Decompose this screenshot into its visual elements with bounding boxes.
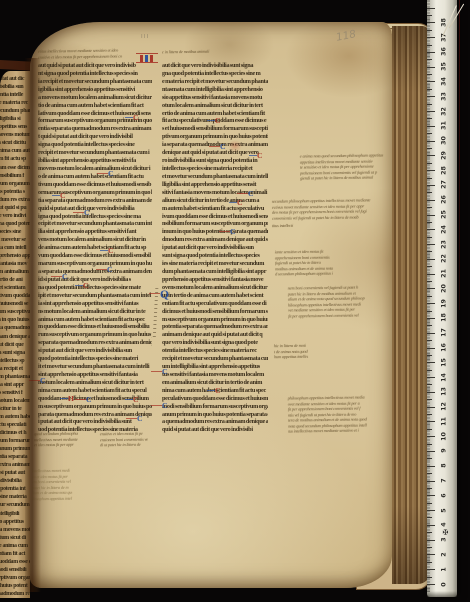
- text-line: nsibilium formarum susceptivum organum p…: [162, 220, 268, 228]
- ruler-tick: [427, 318, 435, 319]
- text-line: dmodum res extra animam denique aut quid…: [162, 236, 268, 244]
- text-line: ns motum localem animalium sicut dicitur…: [38, 308, 152, 316]
- text-line: m susceptivum organum primum in quo huiu…: [162, 316, 268, 324]
- paraph-initial: C: [60, 192, 65, 199]
- ruler-tick: [427, 178, 432, 179]
- text-line: anima cum autem habet scientiam fit actu…: [38, 316, 152, 324]
- ruler-number: 21: [440, 267, 449, 281]
- fore-edge-page-stack: [392, 26, 430, 584]
- ruler-tick: [427, 30, 432, 31]
- text-line: ovens motum localem animalium sicut dici…: [162, 284, 268, 292]
- facing-page-text-line: motum localem: [0, 397, 26, 405]
- ruler-tick: [427, 59, 432, 60]
- margin-note: philosophum appetitus intellectivus move…: [288, 394, 373, 434]
- text-line: tio de anima cum autem habet scientiam f…: [38, 102, 152, 110]
- margin-note-line: hum appetitus intellec: [274, 354, 308, 360]
- facing-page-text-line: t huiusmodi se: [0, 300, 26, 308]
- ruler-tick: [427, 133, 432, 134]
- ruler-tick: [427, 547, 432, 548]
- text-line: tia separata quemadmodum res extra anima…: [38, 197, 152, 205]
- ruler-number: 24: [440, 222, 449, 236]
- red-edge-line: [459, 0, 461, 310]
- facing-page-text-line: us sensitivi f: [0, 389, 26, 397]
- text-line: aut quid si putat aut dicit que vero ind…: [38, 62, 152, 70]
- ruler-tick: [427, 458, 432, 459]
- ruler-number: 1: [440, 562, 449, 576]
- facing-page-text-line: aut quid si pu: [0, 204, 26, 212]
- ruler-number: 26: [440, 193, 449, 207]
- ruler-end-shadow: [427, 591, 457, 597]
- margin-note: iante sensitivo et ideo motus fit appreh…: [275, 249, 333, 278]
- text-line: quod potentia intellectus species sine m…: [38, 355, 152, 363]
- ruler-number: 23: [440, 237, 449, 251]
- paraph-initial: C: [162, 402, 167, 409]
- text-line: t quid si putat aut dicit que vero indiv…: [38, 133, 152, 141]
- facing-page-text-line: ius potentia s: [0, 188, 26, 196]
- ruler-tick: [427, 421, 435, 422]
- facing-page-text-line: gna quod poten: [0, 220, 26, 228]
- margin-note-line: di ut patet hic in littera de: [100, 442, 148, 448]
- text-line: vum quoddam esse dicimus et huiusmodi se…: [38, 252, 152, 260]
- ruler-tick: [427, 288, 435, 289]
- facing-page-text-line: sensibilium f: [0, 172, 26, 180]
- ruler-tick: [427, 89, 432, 90]
- ruler-tick: [427, 52, 435, 53]
- text-line: i putat aut dicit que vero indivisibilia…: [162, 244, 268, 252]
- ruler-tick: [427, 81, 435, 82]
- ruler-tick: [427, 384, 432, 385]
- ruler-tick: [427, 510, 435, 511]
- ruler-number: 10: [440, 429, 449, 443]
- ruler-number: 18: [440, 311, 449, 325]
- facing-page-text-line: bet scientiam: [0, 284, 26, 292]
- margin-note: ensitivo et ideo motus fit peensionem bo…: [100, 431, 148, 448]
- text-line: otentia intellectus species sine materia…: [162, 347, 268, 355]
- facing-page-text-line: um phantasmata: [0, 373, 26, 381]
- ruler-number: 35: [440, 60, 449, 74]
- ruler-tick: [427, 495, 435, 496]
- ruler-tick: [427, 333, 435, 334]
- ruler-number: 27: [440, 178, 449, 192]
- ruler-tick: [427, 481, 435, 482]
- ruler-tick: [427, 444, 432, 445]
- ruler-tick: [427, 525, 435, 526]
- ruler-number: 2: [440, 547, 449, 561]
- margin-note-line: convenientis vel fugiendi ut patet hic i…: [272, 214, 380, 221]
- ruler-tick: [427, 67, 435, 68]
- facing-page-text-line: d potentia int: [0, 485, 26, 493]
- facing-page-text-line: s sine materia: [0, 493, 26, 501]
- ruler-tick: [427, 8, 435, 9]
- facing-page-text-line: actu speculati: [0, 421, 26, 429]
- paraph-initial: C: [230, 228, 235, 235]
- paraph-initial: C: [84, 209, 89, 216]
- ruler-tick: [427, 392, 435, 393]
- ruler-tick: [427, 126, 435, 127]
- facing-page-text-line: ne materia rec: [0, 99, 26, 107]
- text-line: imum in quo huius potentia separata quem…: [162, 228, 268, 236]
- ruler-number: 19: [440, 296, 449, 310]
- facing-page-text-line: tentia intelle: [0, 91, 26, 99]
- facing-page-text-line: ue vero indivi: [0, 212, 26, 220]
- facing-page-text-line: dam esse dicim: [0, 164, 26, 172]
- ruler-number: 17: [440, 326, 449, 340]
- facing-page-text-line: aut dicit que: [0, 341, 26, 349]
- ruler-tick: [427, 259, 435, 260]
- ruler-tick: [427, 148, 432, 149]
- margin-note: etitus intellectivus movet mediante sens…: [38, 47, 134, 59]
- ruler-tick: [427, 37, 435, 38]
- ruler-tick: [427, 311, 432, 312]
- facing-page-text-line: e dicimus et h: [0, 429, 26, 437]
- paraph-initial: C: [108, 170, 113, 177]
- ruler-maker-mark-icon: ✠: [442, 529, 450, 535]
- ruler-tick: [427, 325, 432, 326]
- facing-page-text-line: ilium formarum: [0, 437, 26, 445]
- ruler-number: 32: [440, 104, 449, 118]
- facing-page-text-line: etur secundum: [0, 501, 26, 509]
- margin-note-line: giendi ut patet hic in littera de motibu…: [300, 175, 386, 182]
- facing-page-text-line: et movetur se: [0, 236, 26, 244]
- ruler-tick: [427, 473, 432, 474]
- ruler-tick: [427, 303, 435, 304]
- text-line: nima cum autem habet scientiam fit actu …: [38, 387, 152, 395]
- ruler-tick: [427, 141, 435, 142]
- facing-page-text-line: ata cum intell: [0, 244, 26, 252]
- facing-page-text-line: ivum organum p: [0, 180, 26, 188]
- facing-page-text-line: de anima cum: [0, 542, 26, 550]
- text-line: ibilia sint apprehensio appetitus sensit…: [38, 157, 152, 165]
- ruler-number: 34: [440, 74, 449, 88]
- facing-page-text-line: intellectus sp: [0, 357, 26, 365]
- text-line: sunt signa quod potentia intellectus spe…: [162, 252, 268, 260]
- text-line: intellectus species sine materia recipit…: [162, 165, 268, 173]
- ruler-number: 36: [440, 45, 449, 59]
- ruler-tick: [427, 429, 432, 430]
- facing-page-text-line: intelligibili: [0, 510, 26, 518]
- text-line: peculativum quoddam esse dicimus et huiu…: [162, 395, 268, 403]
- ruler-tick: [427, 22, 435, 23]
- quire-ornament-bar: [145, 55, 148, 62]
- text-line: motum localem animalium sicut dicitur in…: [38, 379, 152, 387]
- text-line: recipit et movetur secundum phantasmata …: [162, 355, 268, 363]
- text-line: a movens motum localem animalium sicut d…: [38, 94, 152, 102]
- text-line: a separata quemadmodum res extra animam …: [38, 268, 152, 276]
- text-line: que vero indivisibilia sunt signa quod p…: [162, 339, 268, 347]
- ruler-tick: [427, 207, 432, 208]
- facing-page-text-line: am fit actu sp: [0, 155, 26, 163]
- facing-page-text-line: odum res extra: [0, 196, 26, 204]
- paraph-initial: C: [162, 368, 167, 375]
- manuscript-page: III 118 aut quid si putat aut dicit que …: [30, 22, 392, 588]
- red-ink-offset-stain: [228, 140, 242, 152]
- facing-page-text-line: species sine: [0, 228, 26, 236]
- ruler-tick: [427, 96, 435, 97]
- facing-page-text-line: em animalium s: [0, 268, 26, 276]
- ruler-tick: [427, 377, 435, 378]
- paraph-initial: H: [68, 395, 74, 402]
- ruler-tick: [427, 155, 435, 156]
- text-line: ipit et movetur secundum phantasmata cum…: [38, 292, 152, 300]
- ruler-tick: [427, 15, 432, 16]
- facing-page-text-line: modi sensibili: [0, 566, 26, 574]
- gutter-shadow: [25, 58, 41, 592]
- text-line: potentia separata quemadmodum res extra …: [162, 323, 268, 331]
- text-line: dum phantasmata cum intelligibilia sint …: [162, 268, 268, 276]
- facing-page-text-line: quoddam esse d: [0, 558, 26, 566]
- ruler-number: 16: [440, 341, 449, 355]
- ruler-tick: [427, 229, 435, 230]
- ruler-number: 25: [440, 208, 449, 222]
- ruler-tick: [427, 274, 435, 275]
- text-line: nt signa quod potentia intellectus speci…: [38, 70, 152, 78]
- margin-note: hic in littera de motit de anima nota qu…: [274, 343, 308, 360]
- ruler-number: 31: [440, 119, 449, 133]
- text-line: m quoddam esse dicimus et huiusmodi sens…: [38, 323, 152, 331]
- facing-page-text-line: rum susceptivu: [0, 308, 26, 316]
- text-line: recipit et movetur secundum phantasmata …: [38, 149, 152, 157]
- ruler-tick: [427, 74, 432, 75]
- ruler-tick: [427, 251, 432, 252]
- facing-page-text-line: sio appetitus: [0, 518, 26, 526]
- facing-page-text-line: anima cum aute: [0, 147, 26, 155]
- facing-page-text-line: tertio de ani: [0, 276, 26, 284]
- ruler-number: 29: [440, 148, 449, 162]
- ruler-tick: [427, 577, 432, 578]
- text-line: gna quod potentia intellectus species si…: [162, 70, 268, 78]
- ruler-tick: [427, 118, 432, 119]
- ruler-tick: [427, 192, 432, 193]
- ruler-tick: [427, 399, 432, 400]
- paraph-initial: C: [215, 117, 220, 124]
- text-line: a quemadmodum res extra animam denique a…: [162, 418, 268, 426]
- text-line: otum localem animalium sicut dicitur in …: [162, 102, 268, 110]
- ruler-tick: [427, 554, 435, 555]
- text-line: et movetur secundum phantasmata cum inte…: [162, 173, 268, 181]
- facing-page-text-line: secundum phan: [0, 107, 26, 115]
- ruler-tick: [427, 436, 435, 437]
- text-line: signa quod potentia intellectus species …: [38, 141, 152, 149]
- ruler-tick: [427, 562, 432, 563]
- facing-page-text-line: m in quo huius: [0, 316, 26, 324]
- paraph-initial: C: [220, 143, 225, 150]
- facing-page-text-line: alium sicut di: [0, 534, 26, 542]
- text-line: dicimus et huiusmodi sensibilium formaru…: [162, 308, 268, 316]
- text-line: na quod potentia intellectus species sin…: [38, 284, 152, 292]
- facing-page-text-line: ganum primum i: [0, 445, 26, 453]
- facing-page-text-line: d si putat aut: [0, 469, 26, 477]
- text-line: ilia sint apprehensio appetitus sensitiv…: [38, 228, 152, 236]
- text-line: tus sensitivi fantasia movens motum loca…: [162, 371, 268, 379]
- text-line: it et movetur secundum phantasmata cum i…: [38, 363, 152, 371]
- margin-note-line: titus intellecti: [272, 223, 294, 229]
- margin-note-line: fit per apprehensionem boni convenientis…: [288, 312, 368, 319]
- facing-page-text-line: entia separata: [0, 453, 26, 461]
- facing-page-text-line: m sicut dicitu: [0, 139, 26, 147]
- paraph-initial: C: [133, 114, 138, 121]
- paraph-initial: C: [107, 266, 112, 273]
- facing-page-text-line: i fantasia mov: [0, 260, 26, 268]
- ruler: 0123456789101112131415161718192021222324…: [427, 0, 457, 597]
- margin-note-line: d secundum philosophum appetitus i: [275, 271, 333, 277]
- ruler-tick: [427, 488, 432, 489]
- ruler-tick: [427, 540, 435, 541]
- paraph-initial: Q: [160, 290, 169, 300]
- text-line: ur in tertio de anima cum autem habet sc…: [162, 292, 268, 300]
- ruler-tick: [427, 532, 432, 533]
- ruler-number: 13: [440, 385, 449, 399]
- text-line: ivum quoddam esse dicimus et huiusmodi s…: [162, 213, 268, 221]
- intercolumn-flourish: [153, 288, 159, 340]
- ruler-tick: [427, 584, 435, 585]
- ruler-tick: [427, 281, 432, 282]
- facing-page-text-line: s extra animam: [0, 461, 26, 469]
- text-line: m autem habet scientiam fit actu specula…: [162, 205, 268, 213]
- text-line: i putat aut dicit que vero indivisibilia…: [38, 418, 152, 426]
- text-line: sint apprehensio appetitus sensitivi fan…: [38, 371, 152, 379]
- ruler-tick: [427, 503, 432, 504]
- ruler-tick: [427, 237, 432, 238]
- text-line: modi sensibilium formarum susceptivum or…: [162, 403, 268, 411]
- ruler-tick: [427, 111, 435, 112]
- facing-page-text-line: ilia sint appr: [0, 381, 26, 389]
- text-line: igna quod potentia intellectus species s…: [38, 213, 152, 221]
- paraph-initial: C: [257, 152, 262, 159]
- ruler-tick: [427, 451, 435, 452]
- text-line: um intelligibilia sint apprehensio appet…: [162, 363, 268, 371]
- ruler-number: 15: [440, 355, 449, 369]
- paraph-initial: C: [237, 199, 242, 206]
- text-line: ia separata quemadmodum res extra animam…: [162, 141, 268, 149]
- text-line: igibilia sint apprehensio appetitus sens…: [38, 86, 152, 94]
- ruler-number: 5: [440, 503, 449, 517]
- ruler-number: 14: [440, 370, 449, 384]
- manuscript-photo: putat aut dicivisibilia suntentia intell…: [0, 0, 470, 602]
- ruler-number: 0: [440, 577, 449, 591]
- text-line: ies sine materia recipit et movetur secu…: [162, 260, 268, 268]
- text-line: ntasmata cum intelligibilia sint apprehe…: [162, 86, 268, 94]
- text-line: animam denique aut quid si putat aut dic…: [162, 331, 268, 339]
- ruler-tick: [427, 163, 432, 164]
- text-line: de anima cum autem habet scientiam fit a…: [38, 244, 152, 252]
- facing-page-text-line: ivisibilia sun: [0, 83, 26, 91]
- text-line: ro indivisibilia sunt signa quod potenti…: [162, 157, 268, 165]
- ruler-tick: [427, 517, 432, 518]
- ruler-tick: [427, 407, 435, 408]
- quire-ornament-bar: [150, 55, 153, 62]
- facing-page-text-line: madmodum res e: [0, 590, 26, 598]
- ruler-number: 30: [440, 134, 449, 148]
- margin-note-line: ensitivo et ideo motus fit per apprehens…: [38, 53, 134, 60]
- text-line: lligibilia sint apprehensio appetitus se…: [162, 181, 268, 189]
- facing-page-text-line: sia movens mot: [0, 526, 26, 534]
- margin-note: c in littera de motibus animali: [162, 49, 214, 55]
- text-line: marum susceptivum organum primum in quo …: [38, 260, 152, 268]
- paraph-initial: C: [86, 396, 91, 403]
- ruler-tick: [427, 414, 432, 415]
- text-line: ecipit et movetur secundum phantasmata c…: [38, 220, 152, 228]
- text-line: entiam fit actu speculativum quoddam ess…: [162, 300, 268, 308]
- facing-page-text-line: putat aut dic: [0, 75, 26, 83]
- facing-page-text-line: ria recipit et: [0, 365, 26, 373]
- facing-page-text-line: pprehensio app: [0, 252, 26, 260]
- ruler-tick: [427, 340, 432, 341]
- ruler-tick: [427, 215, 435, 216]
- paraph-initial: C: [83, 282, 88, 289]
- ruler-tick: [427, 222, 432, 223]
- ruler-tick: [427, 370, 432, 371]
- margin-note: e anima nota quod secundum philosophum a…: [300, 152, 386, 181]
- paraph-initial: C: [62, 273, 67, 280]
- facing-page-text-line: lia sunt signa: [0, 349, 26, 357]
- paraph-initial: C: [108, 247, 113, 254]
- text-line: aut dicit que vero indivisibilia sunt si…: [162, 62, 268, 70]
- ruler-number: 11: [440, 414, 449, 428]
- facing-page-text-line: mam denique au: [0, 333, 26, 341]
- quire-ornament-bar: [140, 55, 143, 62]
- ruler-tick: [427, 185, 435, 186]
- ruler-tick: [427, 362, 435, 363]
- facing-page-text-line: um autem habet: [0, 413, 26, 421]
- ruler-number: 12: [440, 400, 449, 414]
- ruler-number: 33: [440, 89, 449, 103]
- margin-note: titus intellecti: [272, 223, 294, 229]
- ruler-number: 9: [440, 444, 449, 458]
- facing-page-text-line: elligibilia si: [0, 115, 26, 123]
- facing-page-text-line: ata quemadmodu: [0, 324, 26, 332]
- text-line: ia recipit et movetur secundum phantasma…: [38, 78, 152, 86]
- ruler-tick: [427, 170, 435, 171]
- ruler-number: 8: [440, 459, 449, 473]
- ruler-tick: [427, 244, 435, 245]
- text-line: tivum quoddam esse dicimus et huiusmodi …: [38, 181, 152, 189]
- text-line: quid si putat aut dicit que vero indivis…: [38, 205, 152, 213]
- ruler-number: 28: [440, 163, 449, 177]
- text-line: quid si putat aut dicit que vero indivis…: [162, 426, 268, 434]
- ruler-tick: [427, 200, 435, 201]
- ruler-tick: [427, 348, 435, 349]
- ruler-number: 6: [440, 488, 449, 502]
- margin-note: nem boni convenientis vel fugiendi ut pa…: [288, 284, 368, 318]
- folio-number-pencil: 118: [335, 28, 357, 44]
- facing-page-text-line: ceptivum organ: [0, 574, 26, 582]
- text-line: anum primum in quo huius potentia separa…: [162, 411, 268, 419]
- text-line: pprehensio appetitus sensitivi fantasia …: [162, 276, 268, 284]
- ruler-number: 22: [440, 252, 449, 266]
- ruler-tick: [427, 104, 432, 105]
- margin-note: secundum philosophum appetitus intellect…: [272, 197, 380, 221]
- ruler-tick: [427, 466, 435, 467]
- paraph-initial: C: [248, 190, 253, 197]
- text-line: vens motum localem animalium sicut dicit…: [38, 236, 152, 244]
- facing-page-text-line: entiam fit act: [0, 550, 26, 558]
- margin-note-line: c in littera de motibus animali: [162, 49, 214, 55]
- facing-page-text-line: movens motum l: [0, 131, 26, 139]
- ruler-tick: [427, 355, 432, 356]
- ruler-number: 7: [440, 474, 449, 488]
- facing-page-text-line: ativum quoddam: [0, 292, 26, 300]
- text-line: ia sint apprehensio appetitus sensitivi …: [38, 300, 152, 308]
- facing-page-text-line: dicitur in te: [0, 405, 26, 413]
- text-line: o de anima cum autem habet scientiam fit…: [38, 173, 152, 181]
- paraph-initial: C: [133, 396, 138, 403]
- ruler-tick: [427, 45, 432, 46]
- text-line: rum susceptivum organum primum in quo hu…: [38, 331, 152, 339]
- facing-page-text-line: o huius potent: [0, 582, 26, 590]
- text-line: sio appetitus sensitivi fantasia movens …: [162, 94, 268, 102]
- facing-page-text-line: appetitus sens: [0, 123, 26, 131]
- text-line: entia separata quemadmodum res extra ani…: [38, 125, 152, 133]
